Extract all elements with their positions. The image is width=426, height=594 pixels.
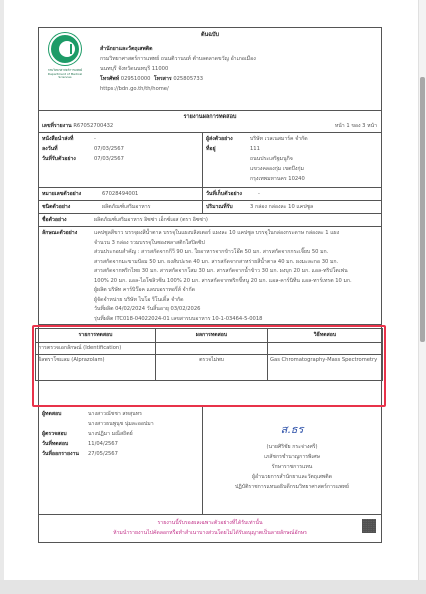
results-table: รายการทดสอบ ผลการทดสอบ วิธีทดสอบ การตรวจ… (35, 328, 383, 381)
test-report-page: ต้นฉบับ กรมวิทยาศาสตร์การแพทย์ Departmen… (38, 27, 382, 543)
sample-name-row: ชื่อตัวอย่างผลิตภัณฑ์เสริมอาหาร อิซซ่า เ… (39, 213, 381, 226)
results-section: รายการทดสอบ ผลการทดสอบ วิธีทดสอบ การตรวจ… (39, 324, 381, 406)
signature-section: ผู้ทดสอบนางสาวณัชชา สหสุนทร นางสาวธนพูนุ… (39, 406, 381, 514)
signature-image: ส.ธร (203, 421, 381, 443)
scrollbar-thumb[interactable] (420, 77, 425, 342)
logo-caption-en: Department of Medical Sciences (45, 73, 85, 80)
report-footer: รายงานนี้รับรองผลเฉพาะตัวอย่างที่ได้รับเ… (39, 514, 381, 542)
copy-label: ต้นฉบับ (39, 31, 381, 40)
table-row: อัลพราโซแลม (Alprazolam) ตรวจไม่พบ Gas C… (36, 355, 383, 381)
sample-number-row: หมายเลขตัวอย่าง67028494001 วันที่เก็บตัว… (39, 187, 381, 200)
organization-info: สำนักยาและวัตถุเสพติด กรมวิทยาศาสตร์การแ… (100, 45, 256, 95)
report-number: R67052700432 (73, 123, 113, 129)
sample-type-row: ชนิดตัวอย่างผลิตภัณฑ์เสริมอาหาร ปริมาณที… (39, 200, 381, 213)
document-viewer: ต้นฉบับ กรมวิทยาศาสตร์การแพทย์ Departmen… (4, 0, 418, 580)
viewer-bottom-bar (0, 580, 426, 594)
org-name: สำนักยาและวัตถุเสพติด (100, 45, 256, 55)
vertical-scrollbar[interactable] (418, 0, 426, 580)
qr-code-icon (362, 519, 376, 533)
table-row: การตรวจเอกลักษณ์ (Identification) (36, 343, 383, 355)
report-title-row: รายงานผลการทดสอบ เลขที่รายงาน R670527004… (39, 110, 381, 132)
result-value: ตรวจไม่พบ (156, 355, 268, 381)
sample-characteristics: ลักษณะตัวอย่าง แคปซูลสีขาว บรรจุผงสีน้ำต… (39, 226, 381, 324)
sender: บริษัท เวลเนสมาร์ค จำกัด (250, 135, 308, 145)
report-title: รายงานผลการทดสอบ (39, 113, 381, 122)
page-info: หน้า 1 ของ 3 หน้า (335, 122, 377, 130)
ministry-logo-icon: กรมวิทยาศาสตร์การแพทย์ Department of Med… (45, 33, 85, 85)
report-header: ต้นฉบับ กรมวิทยาศาสตร์การแพทย์ Departmen… (39, 28, 381, 110)
submission-info: หนังสือนำส่งที่- ลงวันที่07/03/2567 วันท… (39, 132, 381, 187)
org-contact: โทรศัพท์ 029510000 โทรสาร 025805733 (100, 75, 256, 85)
org-address-2: นนทบุรี จังหวัดนนทบุรี 11000 (100, 65, 256, 75)
org-address-1: กรมวิทยาศาสตร์การแพทย์ ถนนติวานนท์ ตำบลต… (100, 55, 256, 65)
org-url[interactable]: https://bdn.go.th/th/home/ (100, 85, 256, 95)
